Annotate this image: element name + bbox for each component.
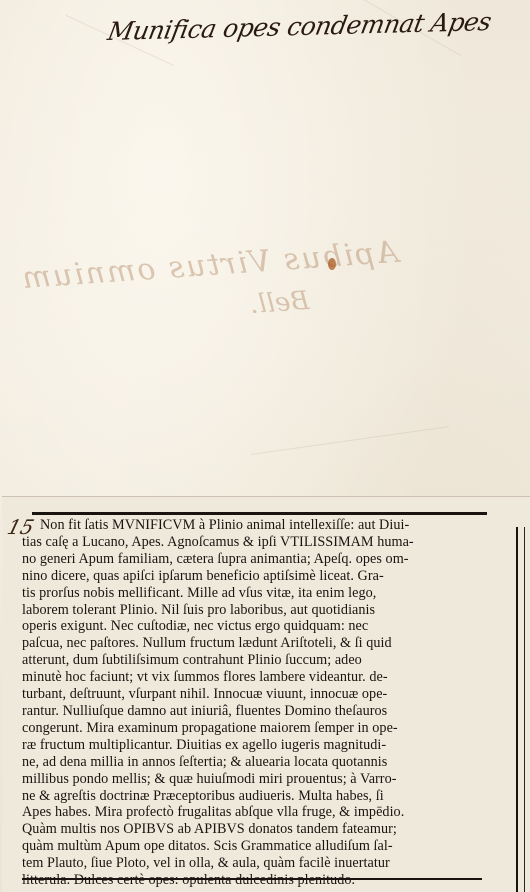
text-line: ne, ad dena millia in annos ſeſtertia; &… bbox=[22, 754, 492, 771]
document-page: Munifica opes condemnat Apes Apibus Virt… bbox=[0, 0, 530, 892]
text-line: rantur. Nulliuſque damno aut iniuriâ, fl… bbox=[22, 703, 492, 720]
text-line: operis exigunt. Nec cuſtodiæ, nec victus… bbox=[22, 618, 492, 635]
text-line: atterunt, dum ſubtiliſsimum contrahunt P… bbox=[22, 652, 492, 669]
text-line: Non fit ſatis MVNIFICVM à Plinio animal … bbox=[22, 517, 492, 534]
text-line: nino dicere, quas apiſci ipſarum benefic… bbox=[22, 568, 492, 585]
text-line: turbant, deſtruunt, vſurpant nihil. Inno… bbox=[22, 686, 492, 703]
printed-paragraph: Non fit ſatis MVNIFICVM à Plinio animal … bbox=[22, 517, 492, 889]
ink-stain bbox=[328, 258, 336, 270]
text-line: Quàm multis nos OPIBVS ab APIBVS donatos… bbox=[22, 821, 492, 838]
text-line: no generi Apum familiam, cætera ſupra an… bbox=[22, 551, 492, 568]
top-rule bbox=[32, 512, 487, 515]
text-line: litterula. Dulces certè opes: opulenta d… bbox=[22, 872, 492, 889]
text-line: ræ fructum multiplicantur. Diuitias ex a… bbox=[22, 737, 492, 754]
text-line: congerunt. Mira examinum propagatione ma… bbox=[22, 720, 492, 737]
text-line: tis prorſus nobis mellificant. Mille ad … bbox=[22, 585, 492, 602]
text-line: millibus pondo mellis; & quæ huiuſmodi m… bbox=[22, 771, 492, 788]
text-line: tias caſę a Lucano, Apes. Agnoſcamus & i… bbox=[22, 534, 492, 551]
paper-crease bbox=[251, 426, 449, 455]
bleed-through-handwriting: Apibus Virtus omnium bbox=[19, 235, 399, 296]
bleed-through-handwriting: Bell. bbox=[249, 286, 310, 320]
printed-text-slip: 15 Non fit ſatis MVNIFICVM à Plinio anim… bbox=[2, 496, 530, 892]
text-line: tem Plauto, ſiue Ploto, vel in olla, & a… bbox=[22, 855, 492, 872]
text-line: Apes habes. Mira profectò frugalitas abſ… bbox=[22, 804, 492, 821]
right-border-rule bbox=[516, 527, 518, 892]
text-line: minutè hoc faciunt; vt vix ſummos flores… bbox=[22, 669, 492, 686]
text-line: laborem tolerant Plinio. Nil ſuis pro la… bbox=[22, 602, 492, 619]
right-border-rule bbox=[524, 527, 525, 892]
text-line: ne & agreſtis doctrinæ Præceptoribus aud… bbox=[22, 788, 492, 805]
text-line: paſcua, nec paſtores. Nullum fructum læd… bbox=[22, 635, 492, 652]
text-line: quàm multùm Apum ope ditatos. Scis Gramm… bbox=[22, 838, 492, 855]
bottom-rule bbox=[22, 878, 482, 880]
